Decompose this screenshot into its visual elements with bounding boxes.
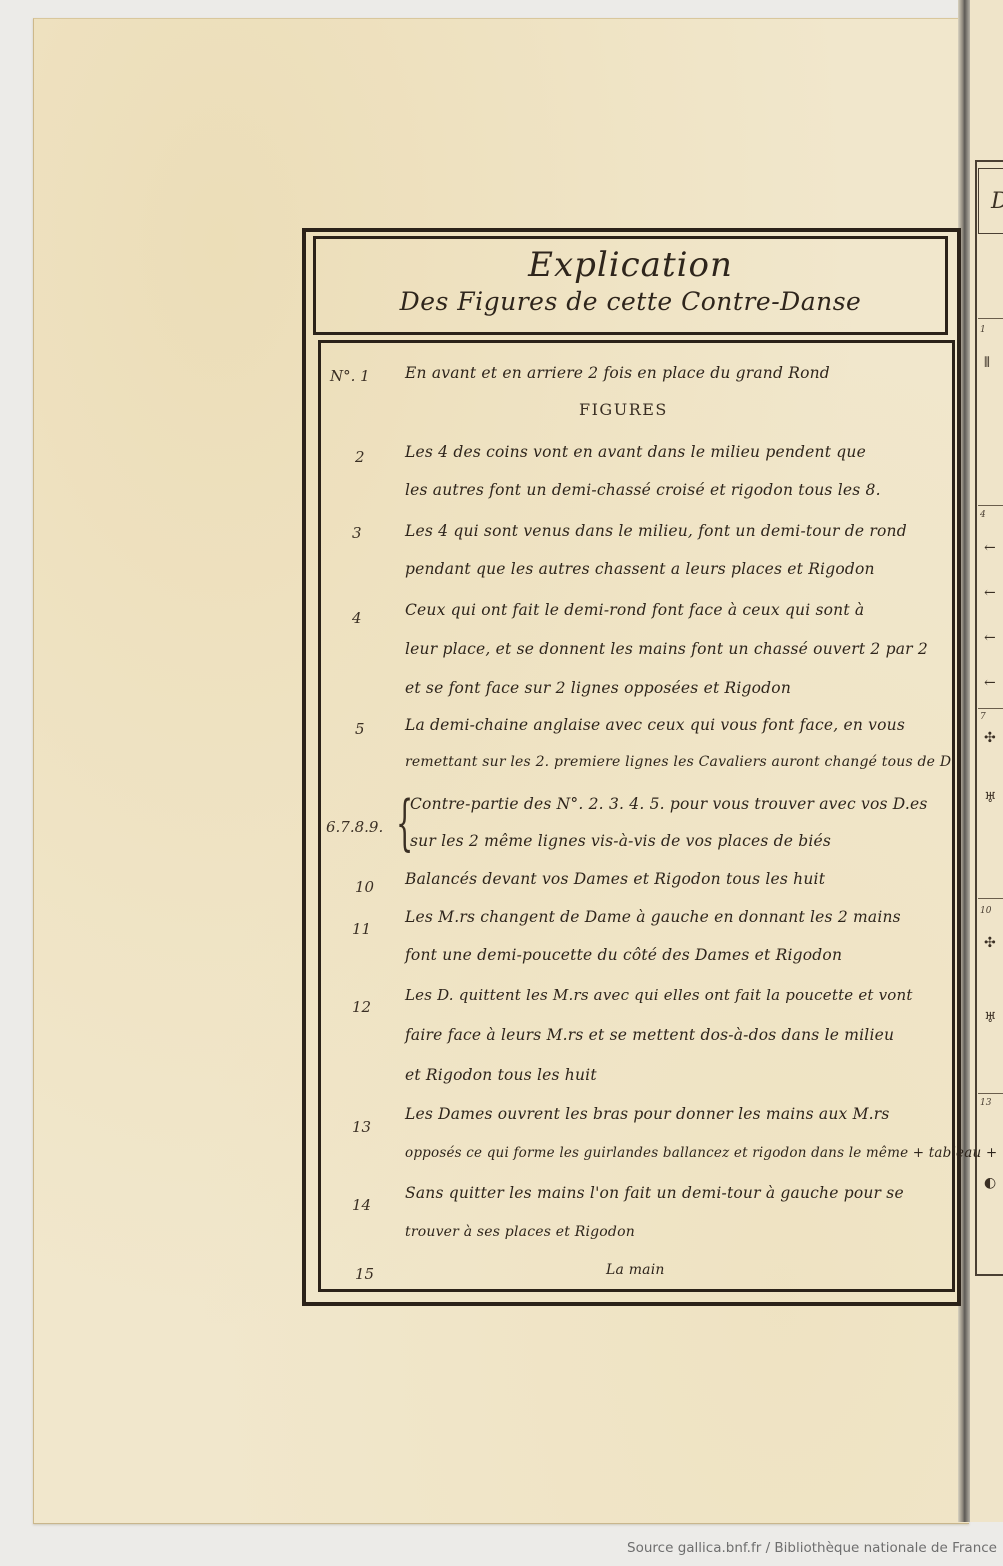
entry-number: 13	[352, 1118, 371, 1136]
entry-line: font une demi-poucette du côté des Dames…	[405, 946, 842, 964]
entry-line: Sans quitter les mains l'on fait un demi…	[405, 1184, 904, 1202]
entry-number: 10	[355, 878, 374, 896]
entry-line: Les 4 des coins vont en avant dans le mi…	[405, 443, 866, 461]
entry-line: et Rigodon tous les huit	[405, 1066, 597, 1084]
divider	[978, 708, 1003, 709]
entry-line: Les D. quittent les M.rs avec qui elles …	[405, 986, 913, 1004]
entry-line: En avant et en arriere 2 fois en place d…	[405, 364, 830, 382]
adjacent-page: D 1 ⫴ 4 ← ← ← ← 7 ✣ ♅ 10 ✣ ♅ 13 ◐	[970, 0, 1003, 1522]
entry-line: opposés ce qui forme les guirlandes ball…	[405, 1145, 997, 1161]
entry-line: Les M.rs changent de Dame à gauche en do…	[405, 908, 901, 926]
figure-icon: ♅	[984, 790, 997, 806]
entry-line: sur les 2 même lignes vis-à-vis de vos p…	[410, 832, 831, 850]
divider	[978, 318, 1003, 319]
arrow-left-icon: ←	[984, 585, 996, 601]
entry-line: La demi-chaine anglaise avec ceux qui vo…	[405, 716, 905, 734]
dance-figure-icon: ⫴	[984, 355, 990, 371]
arrow-left-icon: ←	[984, 630, 996, 646]
title-box: Explication Des Figures de cette Contre-…	[313, 236, 948, 335]
adjacent-page-title-fragment: D	[991, 189, 1003, 214]
entry-number: 3	[352, 524, 362, 542]
divider	[978, 1093, 1003, 1094]
adjacent-page-title-box: D	[978, 168, 1003, 234]
adjacent-row-number: 1	[980, 325, 986, 335]
page-subtitle: Des Figures de cette Contre-Danse	[316, 285, 945, 319]
entry-number: 5	[355, 720, 365, 738]
adjacent-row-number: 10	[980, 906, 991, 916]
entry-number: 6.7.8.9.	[326, 818, 383, 836]
divider	[978, 505, 1003, 506]
source-attribution: Source gallica.bnf.fr / Bibliothèque nat…	[627, 1540, 997, 1556]
entry-number: N°. 1	[330, 367, 370, 385]
divider	[978, 898, 1003, 899]
entry-line: remettant sur les 2. premiere lignes les…	[405, 754, 955, 770]
entry-number: 11	[352, 920, 371, 938]
entry-line: Balancés devant vos Dames et Rigodon tou…	[405, 870, 825, 888]
entry-line: Ceux qui ont fait le demi-rond font face…	[405, 601, 864, 619]
entry-line: Contre-partie des N°. 2. 3. 4. 5. pour v…	[410, 795, 928, 813]
entry-line: trouver à ses places et Rigodon	[405, 1224, 635, 1240]
entry-line: leur place, et se donnent les mains font…	[405, 640, 928, 658]
entry-line: et se font face sur 2 lignes opposées et…	[405, 679, 791, 697]
entry-line: Les 4 qui sont venus dans le milieu, fon…	[405, 522, 907, 540]
entry-line: Les Dames ouvrent les bras pour donner l…	[405, 1105, 890, 1123]
arrow-left-icon: ←	[984, 675, 996, 691]
cross-figure-icon: ✣	[984, 935, 996, 951]
page-title: Explication	[316, 245, 945, 285]
cross-figure-icon: ✣	[984, 730, 996, 746]
arrow-left-icon: ←	[984, 540, 996, 556]
entry-number: 15	[355, 1265, 374, 1283]
entry-line: pendant que les autres chassent a leurs …	[405, 560, 875, 578]
entry-number: 2	[355, 448, 365, 466]
figure-icon: ♅	[984, 1010, 997, 1026]
adjacent-row-number: 7	[980, 712, 986, 722]
adjacent-row-number: 13	[980, 1098, 991, 1108]
circle-figure-icon: ◐	[984, 1175, 996, 1191]
entry-number: 14	[352, 1196, 371, 1214]
section-label: FIGURES	[579, 400, 668, 419]
entry-line: faire face à leurs M.rs et se mettent do…	[405, 1026, 894, 1044]
entry-line: les autres font un demi-chassé croisé et…	[405, 481, 881, 499]
entry-number: 12	[352, 998, 371, 1016]
entry-number: 4	[352, 609, 362, 627]
adjacent-row-number: 4	[980, 510, 986, 520]
entry-line: La main	[606, 1262, 665, 1278]
